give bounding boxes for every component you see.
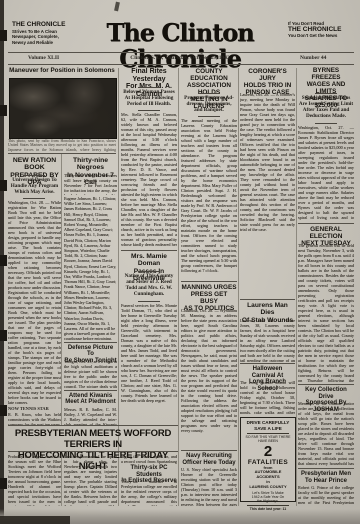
issue-number-label: Number 44 <box>300 55 326 61</box>
scan-blob-6 <box>0 405 7 416</box>
body-draft-names: Eugene Johnson, Rt. 1, Clinton; Willie L… <box>64 196 117 340</box>
body-halloween: The Long Branch school will hold its ann… <box>240 380 295 414</box>
scan-blob-7 <box>0 478 7 489</box>
divider <box>240 363 295 364</box>
subhead-doman: Native of This County and Sister of J. R… <box>121 273 177 297</box>
photo-caption: This photo, sent by radio from Honolulu … <box>8 139 116 152</box>
banner-rule-top <box>8 425 178 426</box>
divider <box>121 250 177 251</box>
divider <box>23 198 45 199</box>
scan-blob-1 <box>0 30 7 41</box>
column-rule-5 <box>296 68 297 506</box>
divider <box>64 342 117 343</box>
body-education: The annual meeting of the Laurens County… <box>181 118 237 278</box>
divider <box>138 87 160 88</box>
divider <box>298 468 354 469</box>
masthead-rule-bottom <box>8 64 354 65</box>
newspaper-page: THE CHRONICLE Strives To Be A Clean News… <box>0 0 360 524</box>
body-navy: U. S. Navy chief specialist Jack Horner … <box>181 467 237 506</box>
masthead-left-title: THE CHRONICLE <box>12 21 102 28</box>
safety-box-ad: DRIVE CAREFULLY SAVE A LIFE SO FAR THIS … <box>240 417 296 502</box>
divider <box>23 175 45 176</box>
masthead-right-title: THE CHRONICLE <box>288 26 354 33</box>
divider <box>138 110 160 111</box>
divider <box>315 123 337 124</box>
body-stab: Laurens, Oct. 28. — Ernie Jones, 38, Lau… <box>240 318 295 362</box>
safety-box-top: DRIVE CAREFULLY SAVE A LIFE <box>241 420 295 431</box>
subhead-ration: Universal Design To Handle Any Program W… <box>8 177 61 195</box>
column-rule-3 <box>178 68 179 506</box>
column-rule-1 <box>61 154 62 425</box>
scan-blob-4 <box>0 255 7 266</box>
divider <box>240 299 295 300</box>
solomons-photo <box>9 78 117 139</box>
body-pc-students: Thirty-six students at Presbyterian coll… <box>121 479 177 506</box>
safety-box-strive: Let's Strive To Make 1942 a Safe Year On… <box>241 491 295 504</box>
masthead-right-box: If You Don't Read THE CHRONICLE You Don'… <box>288 21 354 39</box>
divider <box>181 281 237 282</box>
scan-corner-bottom-left <box>0 516 70 524</box>
divider <box>315 93 337 94</box>
divider <box>198 116 220 117</box>
photo-overline: Maneuver for Position in Solomons <box>8 68 116 75</box>
divider <box>247 433 289 434</box>
subhead-cannon: Beloved Woman Passes At Hospital Followi… <box>121 89 177 107</box>
body-defense: Tonight, Oct. 29, at 8 o'clock at the hi… <box>64 359 117 388</box>
safety-box-detail: from AUTOMOBILE ACCIDENTS in LAURENS COU… <box>241 466 295 490</box>
scan-blob-2 <box>0 105 7 116</box>
headline-navy: Navy Recruiting Officer Here Today <box>181 453 237 466</box>
divider <box>298 384 354 385</box>
divider <box>138 271 160 272</box>
divider <box>138 301 160 302</box>
lead-tennis: NOW TENNIS STAR <box>8 406 61 411</box>
body-election: The general election will be held next T… <box>298 243 354 382</box>
body-coroner: Laurens, Oct. 28. — A coroner's jury, me… <box>240 92 295 297</box>
masthead-left-tagline: Strives To Be A Clean Newspaper, Complet… <box>12 29 102 45</box>
scan-blob-3 <box>0 180 7 191</box>
headline-prince: Presbyterian Men To Hear Prince <box>298 471 354 484</box>
divider <box>247 505 289 506</box>
masthead-rule-top <box>8 52 354 53</box>
body-byrnes: Washington, Oct. 27. — Economic Stabiliz… <box>298 125 354 221</box>
subhead-byrnes: Sweeping Regulations Are Issued Setting … <box>298 95 354 119</box>
masthead-left-box: THE CHRONICLE Strives To Be A Clean News… <box>12 21 102 45</box>
body-football-b: Coaches pronounced the squad in fair sha… <box>64 454 117 506</box>
body-keys: Members of the Clinton Junior order are … <box>298 401 354 466</box>
divider <box>64 390 117 391</box>
body-manning: Columbia, Oct. 28. — Wyndham M. Manning,… <box>181 308 237 448</box>
safety-box-lastyear: This date last year: 11 <box>241 507 295 511</box>
body-football-c: urging the Terrier squad on, and a recor… <box>121 454 177 464</box>
divider <box>181 450 237 451</box>
scan-mark-top <box>114 2 120 12</box>
subhead-education: Program Features Ad- dresses, Discussion… <box>181 95 237 113</box>
scan-blob-5 <box>0 330 7 341</box>
masthead-right-line2: You Don't Get the News <box>288 33 354 38</box>
headline-kiwanis: Attend Kiwanis Meet At Piedmont <box>64 393 117 406</box>
body-football-a: Probably the largest crowd of the season… <box>8 454 61 506</box>
safety-box-number: 2 <box>241 444 295 459</box>
banner-rule-bottom <box>8 451 178 452</box>
divider <box>298 223 354 224</box>
body-ration: Washington, Oct. 28. — While registratio… <box>8 200 61 404</box>
body-prince: Robert G. Prince of the college faculty … <box>298 485 354 506</box>
body-tennis: R. B. Knox, who has held commissions wit… <box>8 412 61 425</box>
body-doman: Funeral services for Mrs. Mamie Todd Dom… <box>121 303 177 423</box>
divider <box>198 93 220 94</box>
body-draft-intro: Thirty-nine Negro selectees will leave L… <box>64 173 117 195</box>
photo-caption-rule <box>8 153 116 154</box>
column-rule-4 <box>238 68 239 506</box>
body-kiwanis: Messrs. R. E. Sadler, C. M. Bailey, J. W… <box>64 407 117 425</box>
body-cannon: Mrs. Stella Chandler Cannon, 62, wife of… <box>121 112 177 248</box>
